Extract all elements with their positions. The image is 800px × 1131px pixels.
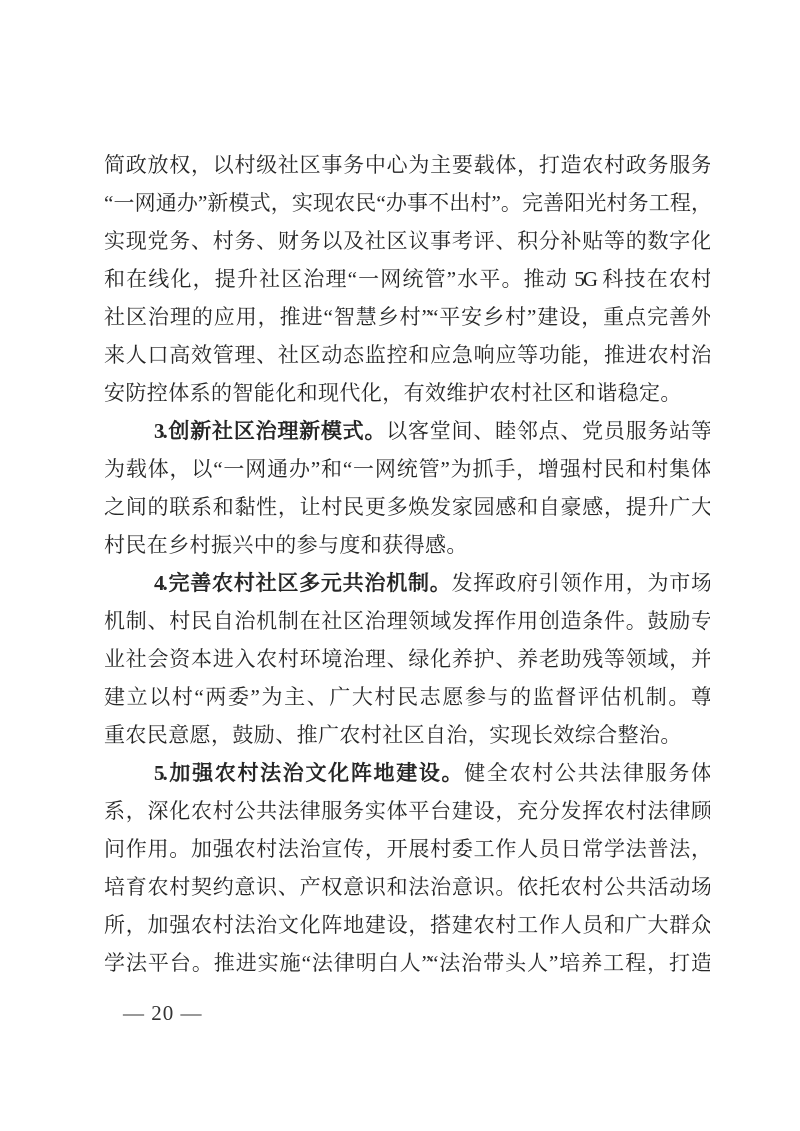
paragraph: 4.完善农村社区多元共治机制。发挥政府引领作用，为市场机制、村民自治机制在社区治…	[104, 564, 710, 754]
page-number: — 20 —	[123, 994, 203, 1032]
line-text: 村民在乡村振兴中的参与度和获得感。	[104, 533, 468, 557]
paragraph: 3.创新社区治理新模式。以客堂间、睦邻点、党员服务站等为载体，以“一网通办”和“…	[104, 412, 710, 564]
text-line: 机制、村民自治机制在社区治理领域发挥作用创造条件。鼓励专	[104, 602, 710, 640]
section-heading: 5.加强农村法治文化阵地建设。	[154, 761, 464, 785]
line-text: 机制、村民自治机制在社区治理领域发挥作用创造条件。鼓励专	[104, 609, 710, 633]
text-line: 实现党务、村务、财务以及社区议事考评、积分补贴等的数字化	[104, 222, 710, 260]
section-heading: 4.完善农村社区多元共治机制。	[154, 571, 452, 595]
line-text: “一网通办”新模式，实现农民“办事不出村”。完善阳光村务工程，	[104, 191, 710, 215]
text-line: 安防控体系的智能化和现代化，有效维护农村社区和谐稳定。	[104, 374, 710, 412]
line-text: 发挥政府引领作用，为市场	[452, 571, 710, 595]
line-text: 实现党务、村务、财务以及社区议事考评、积分补贴等的数字化	[104, 229, 710, 253]
line-text: 培育农村契约意识、产权意识和法治意识。依托农村公共活动场	[104, 875, 710, 899]
text-line: 重农民意愿，鼓励、推广农村社区自治，实现长效综合整治。	[104, 716, 710, 754]
text-line: 社区治理的应用，推进“智慧乡村”“平安乡村”建设，重点完善外	[104, 298, 710, 336]
paragraph: 简政放权，以村级社区事务中心为主要载体，打造农村政务服务“一网通办”新模式，实现…	[104, 146, 710, 412]
text-line: 之间的联系和黏性，让村民更多焕发家园感和自豪感，提升广大	[104, 488, 710, 526]
line-text: 问作用。加强农村法治宣传，开展村委工作人员日常学法普法，	[104, 837, 710, 861]
line-text: 社区治理的应用，推进“智慧乡村”“平安乡村”建设，重点完善外	[104, 305, 710, 329]
text-line: 来人口高效管理、社区动态监控和应急响应等功能，推进农村治	[104, 336, 710, 374]
line-text: 系，深化农村公共法律服务实体平台建设，充分发挥农村法律顾	[104, 799, 710, 823]
text-line: 和在线化，提升社区治理“一网统管”水平。推动 5G 科技在农村	[104, 260, 710, 298]
text-line: 系，深化农村公共法律服务实体平台建设，充分发挥农村法律顾	[104, 792, 710, 830]
document-page: 简政放权，以村级社区事务中心为主要载体，打造农村政务服务“一网通办”新模式，实现…	[0, 0, 800, 1131]
text-line: 为载体，以“一网通办”和“一网统管”为抓手，增强村民和村集体	[104, 450, 710, 488]
text-line: 3.创新社区治理新模式。以客堂间、睦邻点、党员服务站等	[104, 412, 710, 450]
line-text: 业社会资本进入农村环境治理、绿化养护、养老助残等领域，并	[104, 647, 710, 671]
text-line: 建立以村“两委”为主、广大村民志愿参与的监督评估机制。尊	[104, 678, 710, 716]
line-text: 重农民意愿，鼓励、推广农村社区自治，实现长效综合整治。	[104, 723, 682, 747]
section-heading: 3.创新社区治理新模式。	[154, 419, 386, 443]
text-line: 村民在乡村振兴中的参与度和获得感。	[104, 526, 710, 564]
text-line: 培育农村契约意识、产权意识和法治意识。依托农村公共活动场	[104, 868, 710, 906]
line-text: 健全农村公共法律服务体	[464, 761, 710, 785]
text-line: “一网通办”新模式，实现农民“办事不出村”。完善阳光村务工程，	[104, 184, 710, 222]
text-line: 学法平台。推进实施“法律明白人”“法治带头人”培养工程，打造	[104, 944, 710, 982]
line-text: 简政放权，以村级社区事务中心为主要载体，打造农村政务服务	[104, 153, 710, 177]
line-text: 学法平台。推进实施“法律明白人”“法治带头人”培养工程，打造	[104, 951, 710, 975]
text-line: 问作用。加强农村法治宣传，开展村委工作人员日常学法普法，	[104, 830, 710, 868]
line-text: 为载体，以“一网通办”和“一网统管”为抓手，增强村民和村集体	[104, 457, 710, 481]
line-text: 和在线化，提升社区治理“一网统管”水平。推动 5G 科技在农村	[104, 267, 710, 291]
text-line: 4.完善农村社区多元共治机制。发挥政府引领作用，为市场	[104, 564, 710, 602]
line-text: 安防控体系的智能化和现代化，有效维护农村社区和谐稳定。	[104, 381, 682, 405]
line-text: 建立以村“两委”为主、广大村民志愿参与的监督评估机制。尊	[104, 685, 710, 709]
text-line: 所，加强农村法治文化阵地建设，搭建农村工作人员和广大群众	[104, 906, 710, 944]
text-line: 业社会资本进入农村环境治理、绿化养护、养老助残等领域，并	[104, 640, 710, 678]
text-line: 5.加强农村法治文化阵地建设。健全农村公共法律服务体	[104, 754, 710, 792]
line-text: 之间的联系和黏性，让村民更多焕发家园感和自豪感，提升广大	[104, 495, 710, 519]
line-text: 以客堂间、睦邻点、党员服务站等	[386, 419, 710, 443]
line-text: 所，加强农村法治文化阵地建设，搭建农村工作人员和广大群众	[104, 913, 710, 937]
paragraph: 5.加强农村法治文化阵地建设。健全农村公共法律服务体系，深化农村公共法律服务实体…	[104, 754, 710, 982]
document-body: 简政放权，以村级社区事务中心为主要载体，打造农村政务服务“一网通办”新模式，实现…	[104, 146, 710, 982]
text-line: 简政放权，以村级社区事务中心为主要载体，打造农村政务服务	[104, 146, 710, 184]
line-text: 来人口高效管理、社区动态监控和应急响应等功能，推进农村治	[104, 343, 710, 367]
